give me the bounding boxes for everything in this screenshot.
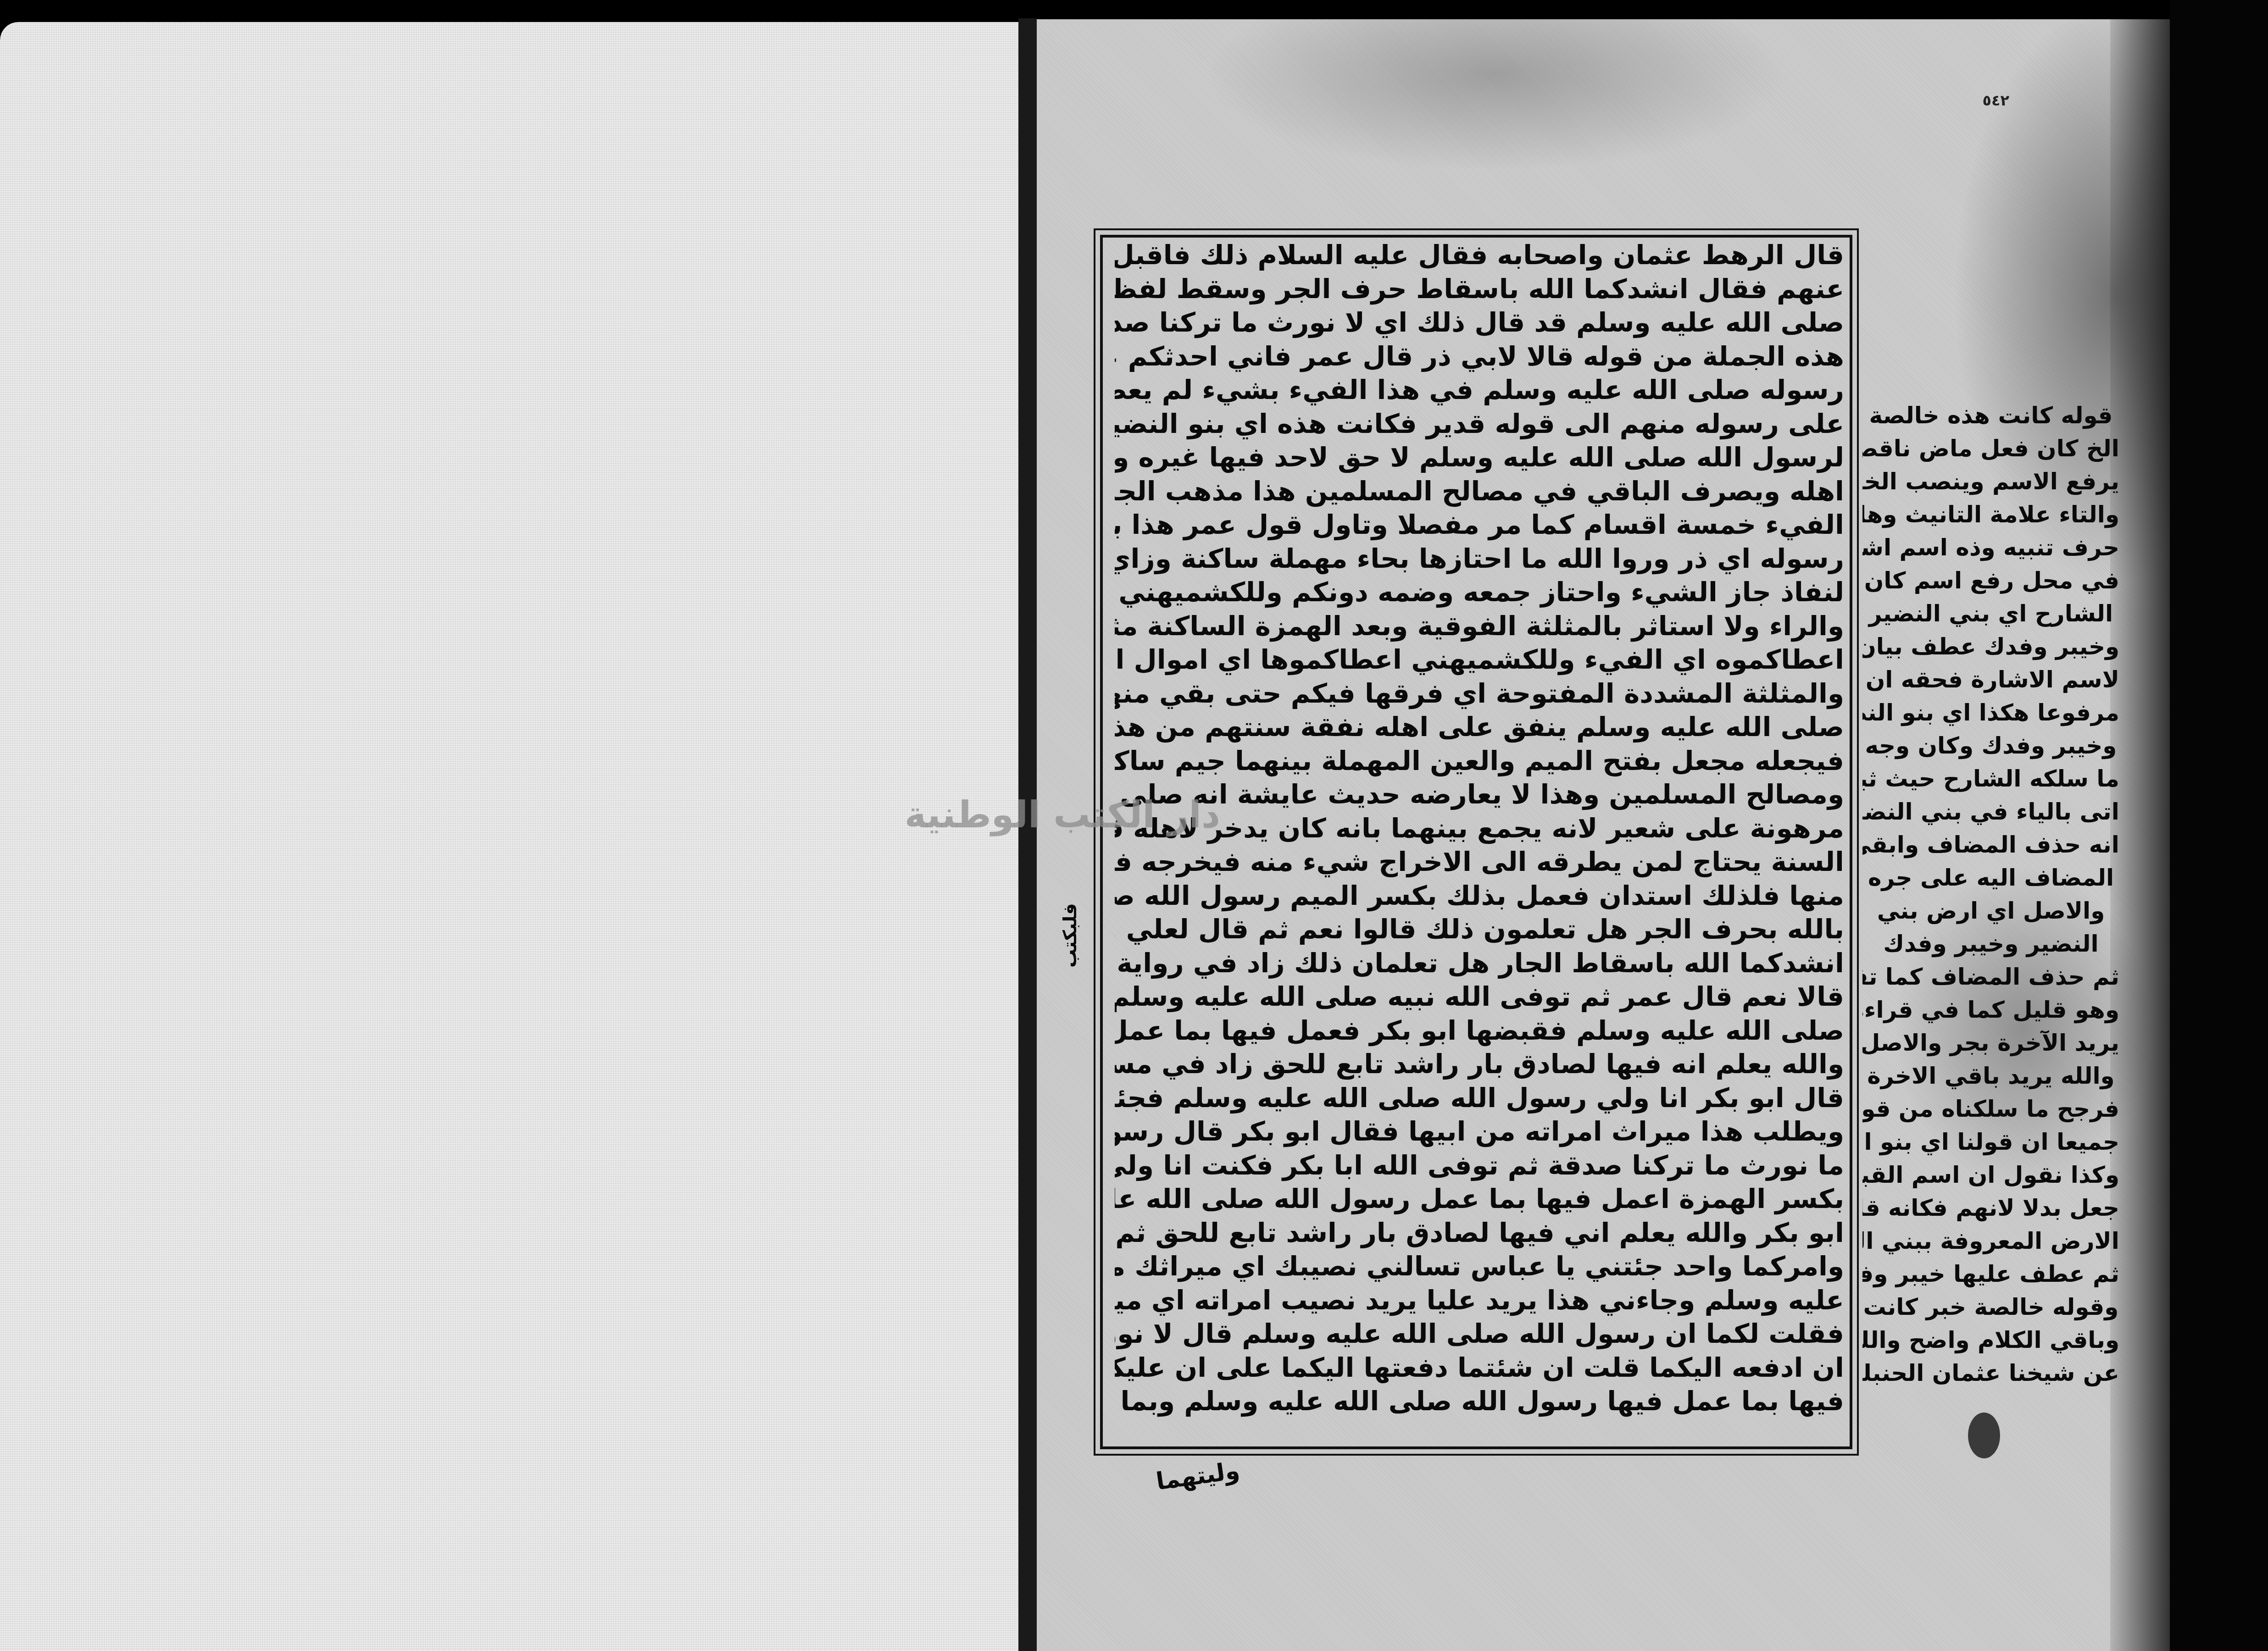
margin-note-line: المضاف اليه على جره [1862, 861, 2119, 894]
text-line: لنفاذ جاز الشيء واحتاز جمعه وضمه دونكم و… [1115, 576, 1844, 609]
margin-note-line: اتى بالياء في بني النضير [1862, 795, 2119, 828]
text-line: ما نورث ما تركنا صدقة ثم توفى الله ابا ب… [1115, 1149, 1844, 1183]
text-line: ابو بكر والله يعلم اني فيها لصادق بار را… [1115, 1216, 1844, 1250]
main-text-block: قال الرهط عثمان واصحابه فقال عليه السلام… [1115, 238, 1844, 1440]
margin-note-line: الخ كان فعل ماض ناقص [1862, 432, 2119, 465]
text-line: رسوله اي ذر وروا الله ما احتازها بحاء مه… [1115, 542, 1844, 576]
left-blank-page [0, 22, 1018, 1651]
text-line: قالا نعم قال عمر ثم توفى الله نبيه صلى ا… [1115, 980, 1844, 1014]
margin-note-line: وخيبر وفدك وكان وجه [1862, 729, 2119, 762]
text-line: فيها بما عمل فيها رسول الله صلى الله علي… [1115, 1385, 1844, 1418]
margin-note-line: وقوله خالصة خبر كانت [1862, 1291, 2119, 1324]
margin-note-line: والله يريد باقي الاخرة [1862, 1059, 2119, 1092]
text-line: اعطاكموه اي الفيء وللكشميهني اعطاكموها ا… [1115, 643, 1844, 677]
margin-note-line: قوله كانت هذه خالصة [1862, 399, 2119, 432]
margin-note-line: عن شيخنا عثمان الحنبلي [1862, 1357, 2119, 1390]
margin-note-line: وخيبر وفدك عطف بيان [1862, 630, 2119, 663]
text-line: والراء ولا استاثر بالمثلثة الفوقية وبعد … [1115, 609, 1844, 643]
text-line: بكسر الهمزة اعمل فيها بما عمل رسول الله … [1115, 1182, 1844, 1216]
margin-note-line: مرفوعا هكذا اي بنو النضير [1862, 696, 2119, 729]
text-line: فيجعله مجعل بفتح الميم والعين المهملة بي… [1115, 744, 1844, 778]
folio-number: ٥٤٢ [1973, 92, 2009, 110]
text-line: صلى الله عليه وسلم قد قال ذلك اي لا نورث… [1115, 306, 1844, 340]
text-line: والله يعلم انه فيها لصادق بار راشد تابع … [1115, 1047, 1844, 1081]
text-line: مرهونة على شعير لانه يجمع بينهما بانه كا… [1115, 812, 1844, 846]
scan-background-right [2170, 0, 2268, 1651]
text-line: ويطلب هذا ميراث امراته من ابيها فقال ابو… [1115, 1115, 1844, 1149]
margin-note-line: يرفع الاسم وينصب الخبر [1862, 465, 2119, 498]
margin-note-line: وهو قليل كما في قراءة والله [1862, 993, 2119, 1026]
text-line: عليه وسلم وجاءني هذا يريد عليا يريد نصيب… [1115, 1284, 1844, 1318]
margin-note-line: والتاء علامة التانيث وها [1862, 498, 2119, 531]
text-line: رسوله صلى الله عليه وسلم في هذا الفيء بش… [1115, 373, 1844, 407]
text-line: اهله ويصرف الباقي في مصالح المسلمين هذا … [1115, 475, 1844, 509]
text-line: ومصالح المسلمين وهذا لا يعارضه حديث عايش… [1115, 778, 1844, 812]
text-line: منها فلذلك استدان فعمل بذلك بكسر الميم ر… [1115, 879, 1844, 913]
ink-stain [1968, 1413, 2000, 1458]
margin-note-line: وباقي الكلام واضح والله اعلم [1862, 1324, 2119, 1357]
text-line: والمثلثة المشددة المفتوحة اي فرقها فيكم … [1115, 677, 1844, 711]
text-line: بالله بحرف الجر هل تعلمون ذلك قالوا نعم … [1115, 913, 1844, 947]
margin-note-line: في محل رفع اسم كان وقول [1862, 564, 2119, 597]
text-line: هذه الجملة من قوله قالا لابي ذر قال عمر … [1115, 340, 1844, 374]
margin-note-line: فرجح ما سلكناه من قولنا [1862, 1092, 2119, 1125]
margin-note-line: جميعا ان قولنا اي بنو النضير [1862, 1125, 2119, 1158]
margin-note-line: الارض المعروفة ببني النضير [1862, 1224, 2119, 1258]
margin-note-line: والاصل اي ارض بني [1862, 894, 2119, 927]
margin-note-line: النضير وخيبر وفدك [1862, 927, 2119, 960]
text-line: صلى الله عليه وسلم ينفق على اهله نفقة سن… [1115, 710, 1844, 744]
text-line: ان ادفعه اليكما قلت ان شئتما دفعتها اليك… [1115, 1351, 1844, 1385]
margin-note-line: الشارح اي بني النضير [1862, 597, 2119, 630]
vertical-side-note: فلبكتب [1060, 894, 1124, 977]
text-line: الفيء خمسة اقسام كما مر مفصلا وتاول قول … [1115, 508, 1844, 542]
text-line: صلى الله عليه وسلم فقبضها ابو بكر فعمل ف… [1115, 1014, 1844, 1048]
margin-note-line: جعل بدلا لانهم فكانه قال [1862, 1191, 2119, 1224]
margin-note-line: يريد الآخرة بجر والاصل [1862, 1026, 2119, 1059]
margin-note-line: حرف تنبيه وذه اسم اشارة [1862, 531, 2119, 564]
margin-note-line: ثم عطف عليها خيبر وفدك [1862, 1258, 2119, 1291]
margin-note-line: وكذا نقول ان اسم القبيلة [1862, 1158, 2119, 1191]
margin-commentary: قوله كانت هذه خالصةالخ كان فعل ماض ناقصي… [1862, 399, 2119, 1390]
margin-note-line: انه حذف المضاف وابقى [1862, 828, 2119, 861]
margin-note-line: لاسم الاشارة فحقه ان يكون [1862, 663, 2119, 696]
margin-note-line: ثم حذف المضاف كما تقدم [1862, 960, 2119, 993]
margin-note-line: ما سلكه الشارح حيث ثبت انه [1862, 762, 2119, 795]
text-line: قال الرهط عثمان واصحابه فقال عليه السلام… [1115, 238, 1844, 272]
text-line: قال ابو بكر انا ولي رسول الله صلى الله ع… [1115, 1081, 1844, 1115]
text-line: وامركما واحد جئتني يا عباس تسالني نصيبك … [1115, 1250, 1844, 1284]
text-line: انشدكما الله باسقاط الجار هل تعلمان ذلك … [1115, 947, 1844, 981]
text-line: على رسوله منهم الى قوله قدير فكانت هذه ا… [1115, 407, 1844, 441]
library-watermark: دار الكتب الوطنية [982, 793, 1220, 844]
text-line: لرسول الله صلى الله عليه وسلم لا حق لاحد… [1115, 441, 1844, 475]
text-line: فقلت لكما ان رسول الله صلى الله عليه وسل… [1115, 1317, 1844, 1351]
text-line: عنهم فقال انشدكما الله باسقاط حرف الجر و… [1115, 272, 1844, 306]
text-line: السنة يحتاج لمن يطرقه الى الاخراج شيء من… [1115, 845, 1844, 879]
